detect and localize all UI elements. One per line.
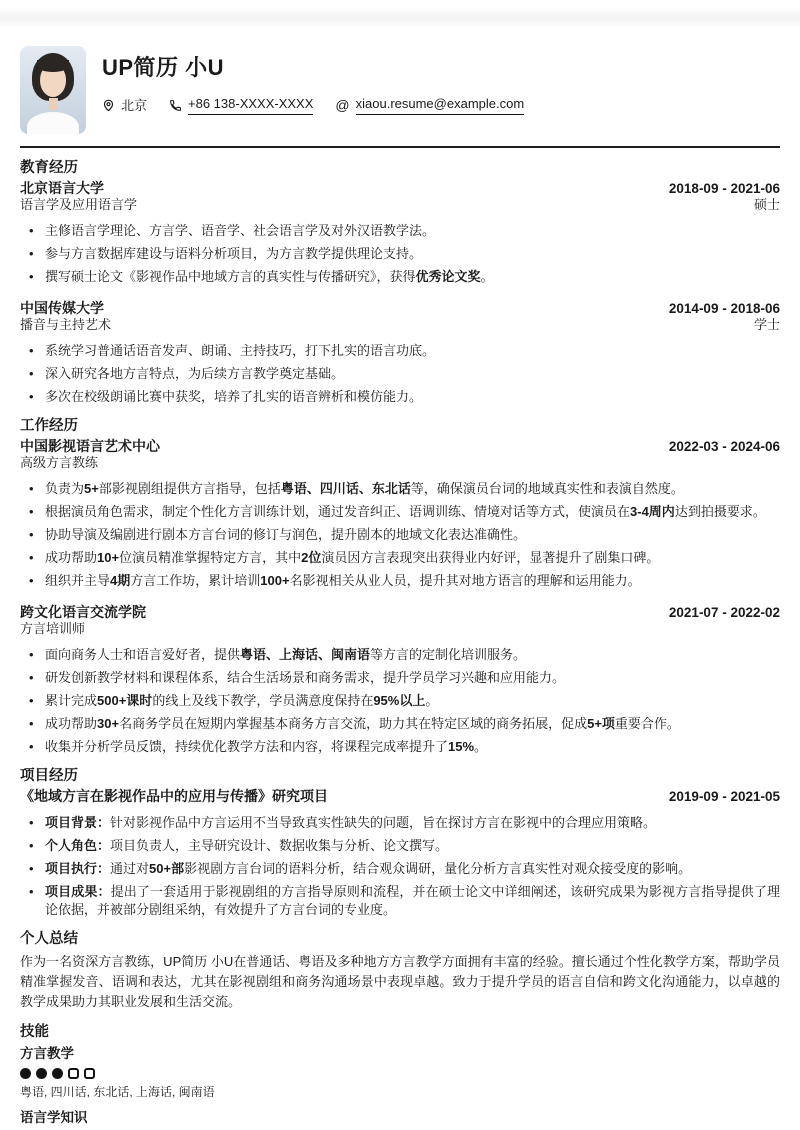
header-info: UP简历 小U 北京 xyxy=(102,46,524,115)
photo-neck-shape xyxy=(49,98,58,110)
section-title: 技能 xyxy=(20,1025,780,1040)
bullet-item: 项目背景：针对影视作品中方言运用不当导致真实性缺失的问题，旨在探讨方言在影视中的… xyxy=(20,814,780,832)
bullet-item: 组织并主导4期方言工作坊，累计培训100+名影视相关从业人员，提升其对地方语言的… xyxy=(20,572,780,590)
contact-email[interactable]: @ xiaou.resume@example.com xyxy=(335,96,524,115)
entry: 北京语言大学2018-09 - 2021-06语言学及应用语言学硕士主修语言学理… xyxy=(20,180,780,286)
entry-header-row: 《地域方言在影视作品中的应用与传播》研究项目2019-09 - 2021-05 xyxy=(20,788,780,805)
entry-subtitle-row: 高级方言教练 xyxy=(20,455,780,471)
contact-location: 北京 xyxy=(102,98,147,114)
entry: 中国传媒大学2014-09 - 2018-06播音与主持艺术学士系统学习普通话语… xyxy=(20,300,780,406)
skill-dot-filled xyxy=(52,1068,63,1079)
entry-header-row: 跨文化语言交流学院2021-07 - 2022-02 xyxy=(20,604,780,621)
photo-fringe-shape xyxy=(37,60,69,72)
bullet-item: 多次在校级朗诵比赛中获奖，培养了扎实的语音辨析和模仿能力。 xyxy=(20,388,780,406)
entry-degree: 学士 xyxy=(754,317,780,333)
skill-dot-filled xyxy=(36,1068,47,1079)
entry-date: 2019-09 - 2021-05 xyxy=(669,789,780,805)
entry-subtitle-row: 方言培训师 xyxy=(20,621,780,637)
entry: 中国影视语言艺术中心2022-03 - 2024-06高级方言教练负责为5+部影… xyxy=(20,438,780,590)
entry-header-row: 中国影视语言艺术中心2022-03 - 2024-06 xyxy=(20,438,780,455)
entry-degree: 硕士 xyxy=(754,197,780,213)
skill-dot-empty xyxy=(68,1068,79,1079)
bullet-item: 深入研究各地方言特点，为后续方言教学奠定基础。 xyxy=(20,365,780,383)
section-title: 工作经历 xyxy=(20,419,780,434)
bullet-item: 成功帮助10+位演员精准掌握特定方言，其中2位演员因方言表现突出获得业内好评，显… xyxy=(20,549,780,567)
entry: 跨文化语言交流学院2021-07 - 2022-02方言培训师面向商务人士和语言… xyxy=(20,604,780,756)
entry-subtitle-row: 播音与主持艺术学士 xyxy=(20,317,780,333)
resume-section: 技能方言教学粤语, 四川话, 东北话, 上海话, 闽南语语言学知识 xyxy=(20,1025,780,1126)
bullet-item: 研发创新教学材料和课程体系，结合生活场景和商务需求，提升学员学习兴趣和应用能力。 xyxy=(20,669,780,687)
skill-dot-filled xyxy=(20,1068,31,1079)
resume-page: UP简历 小U 北京 xyxy=(0,0,800,1126)
section-title: 项目经历 xyxy=(20,769,780,784)
bullet-list: 主修语言学理论、方言学、语音学、社会语言学及对外汉语教学法。参与方言数据库建设与… xyxy=(20,222,780,286)
bullet-list: 项目背景：针对影视作品中方言运用不当导致真实性缺失的问题，旨在探讨方言在影视中的… xyxy=(20,814,780,919)
resume-section: 个人总结作为一名资深方言教练，UP简历 小U在普通话、粤语及多种地方方言教学方面… xyxy=(20,932,780,1012)
resume-section: 项目经历《地域方言在影视作品中的应用与传播》研究项目2019-09 - 2021… xyxy=(20,769,780,919)
bullet-item: 个人角色：项目负责人，主导研究设计、数据收集与分析、论文撰写。 xyxy=(20,837,780,855)
bullet-item: 系统学习普通话语音发声、朗诵、主持技巧，打下扎实的语言功底。 xyxy=(20,342,780,360)
section-title: 个人总结 xyxy=(20,932,780,947)
bullet-item: 项目执行：通过对50+部影视剧方言台词的语料分析，结合观众调研，量化分析方言真实… xyxy=(20,860,780,878)
resume-section: 工作经历中国影视语言艺术中心2022-03 - 2024-06高级方言教练负责为… xyxy=(20,419,780,756)
bullet-list: 负责为5+部影视剧组提供方言指导，包括粤语、四川话、东北话等，确保演员台词的地域… xyxy=(20,480,780,590)
skill-level-dots xyxy=(20,1068,780,1079)
resume-header: UP简历 小U 北京 xyxy=(20,0,780,134)
entry-role: 高级方言教练 xyxy=(20,455,98,471)
bullet-item: 成功帮助30+名商务学员在短期内掌握基本商务方言交流，助力其在特定区域的商务拓展… xyxy=(20,715,780,733)
entry-date: 2014-09 - 2018-06 xyxy=(669,301,780,317)
entry-header-row: 中国传媒大学2014-09 - 2018-06 xyxy=(20,300,780,317)
bullet-item: 收集并分析学员反馈，持续优化教学方法和内容，将课程完成率提升了15%。 xyxy=(20,738,780,756)
phone-handset-icon xyxy=(169,99,182,112)
org-name: 跨文化语言交流学院 xyxy=(20,604,146,620)
phone-text[interactable]: +86 138-XXXX-XXXX xyxy=(188,96,313,115)
entry-subtitle-row: 语言学及应用语言学硕士 xyxy=(20,197,780,213)
org-name: 中国影视语言艺术中心 xyxy=(20,438,160,454)
entry-header-row: 北京语言大学2018-09 - 2021-06 xyxy=(20,180,780,197)
entry: 《地域方言在影视作品中的应用与传播》研究项目2019-09 - 2021-05项… xyxy=(20,788,780,919)
bullet-item: 协助导演及编剧进行剧本方言台词的修订与润色，提升剧本的地域文化表达准确性。 xyxy=(20,526,780,544)
section-title: 教育经历 xyxy=(20,161,780,176)
bullet-list: 面向商务人士和语言爱好者，提供粤语、上海话、闽南语等方言的定制化培训服务。研发创… xyxy=(20,646,780,756)
email-text[interactable]: xiaou.resume@example.com xyxy=(356,96,525,115)
skill-name: 方言教学 xyxy=(20,1046,780,1062)
entry-date: 2021-07 - 2022-02 xyxy=(669,605,780,621)
org-name: 《地域方言在影视作品中的应用与传播》研究项目 xyxy=(20,788,328,804)
bullet-item: 面向商务人士和语言爱好者，提供粤语、上海话、闽南语等方言的定制化培训服务。 xyxy=(20,646,780,664)
org-name: 北京语言大学 xyxy=(20,180,104,196)
bullet-item: 根据演员角色需求，制定个性化方言训练计划，通过发音纠正、语调训练、情境对话等方式… xyxy=(20,503,780,521)
profile-photo xyxy=(20,46,86,134)
skill-dot-empty xyxy=(84,1068,95,1079)
candidate-name: UP简历 小U xyxy=(102,54,524,81)
skill-item: 方言教学粤语, 四川话, 东北话, 上海话, 闽南语 xyxy=(20,1046,780,1100)
entry-date: 2018-09 - 2021-06 xyxy=(669,181,780,197)
bullet-item: 负责为5+部影视剧组提供方言指导，包括粤语、四川话、东北话等，确保演员台词的地域… xyxy=(20,480,780,498)
location-text: 北京 xyxy=(121,98,147,114)
summary-text: 作为一名资深方言教练，UP简历 小U在普通话、粤语及多种地方方言教学方面拥有丰富… xyxy=(20,952,780,1012)
contact-phone[interactable]: +86 138-XXXX-XXXX xyxy=(169,96,313,115)
at-sign-icon: @ xyxy=(335,99,349,112)
resume-sections: 教育经历北京语言大学2018-09 - 2021-06语言学及应用语言学硕士主修… xyxy=(20,161,780,1126)
entry-role: 方言培训师 xyxy=(20,621,85,637)
skill-detail: 粤语, 四川话, 东北话, 上海话, 闽南语 xyxy=(20,1085,780,1100)
skill-item: 语言学知识 xyxy=(20,1110,780,1126)
map-pin-icon xyxy=(102,99,115,112)
entry-role: 播音与主持艺术 xyxy=(20,317,111,333)
bullet-item: 项目成果：提出了一套适用于影视剧组的方言指导原则和流程，并在硕士论文中详细阐述，… xyxy=(20,883,780,919)
bullet-item: 累计完成500+课时的线上及线下教学，学员满意度保持在95%以上。 xyxy=(20,692,780,710)
header-divider xyxy=(20,146,780,148)
photo-blouse-shape xyxy=(27,112,79,134)
entry-date: 2022-03 - 2024-06 xyxy=(669,439,780,455)
resume-section: 教育经历北京语言大学2018-09 - 2021-06语言学及应用语言学硕士主修… xyxy=(20,161,780,406)
contact-row: 北京 +86 138-XXXX-XXXX @ xiaou.resume@exam… xyxy=(102,96,524,115)
bullet-item: 撰写硕士论文《影视作品中地域方言的真实性与传播研究》，获得优秀论文奖。 xyxy=(20,268,780,286)
skill-name: 语言学知识 xyxy=(20,1110,780,1126)
bullet-item: 主修语言学理论、方言学、语音学、社会语言学及对外汉语教学法。 xyxy=(20,222,780,240)
bullet-item: 参与方言数据库建设与语料分析项目，为方言教学提供理论支持。 xyxy=(20,245,780,263)
bullet-list: 系统学习普通话语音发声、朗诵、主持技巧，打下扎实的语言功底。深入研究各地方言特点… xyxy=(20,342,780,406)
entry-role: 语言学及应用语言学 xyxy=(20,197,137,213)
org-name: 中国传媒大学 xyxy=(20,300,104,316)
